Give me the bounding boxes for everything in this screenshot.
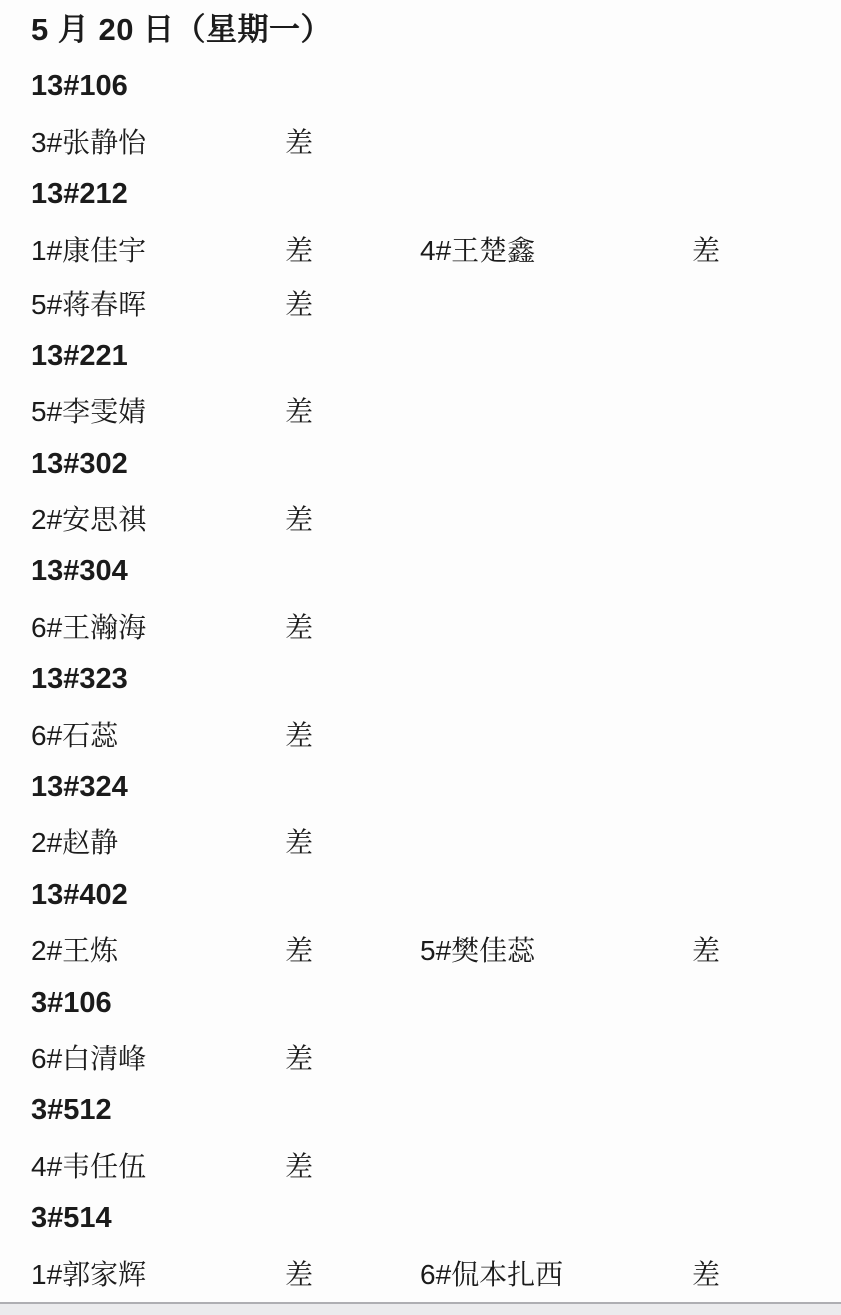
room-number-label: 13#323 — [31, 663, 128, 696]
student-name: 6#侃本扎西 — [420, 1253, 692, 1293]
rating-value: 差 — [285, 821, 420, 861]
room-number-label: 13#302 — [31, 448, 128, 481]
student-rating-row: 2#安思祺 差 — [0, 491, 841, 545]
student-rating-row: 1#郭家辉 差 6#侃本扎西 差 — [0, 1246, 841, 1300]
student-name: 6#白清峰 — [31, 1037, 285, 1077]
room-number-row: 13#302 — [0, 437, 841, 491]
room-number-row: 13#304 — [0, 545, 841, 599]
room-number-row: 13#221 — [0, 329, 841, 383]
student-rating-row: 5#蒋春晖 差 — [0, 276, 841, 330]
room-number-label: 3#106 — [31, 987, 112, 1020]
rating-value: 差 — [285, 121, 420, 161]
room-number-row: 3#514 — [0, 1192, 841, 1246]
student-rating-row: 6#王瀚海 差 — [0, 599, 841, 653]
student-name: 4#王楚鑫 — [420, 229, 692, 269]
rating-value: 差 — [285, 606, 420, 646]
room-number-label: 13#324 — [31, 771, 128, 804]
bottom-divider-bar — [0, 1302, 841, 1315]
rating-value: 差 — [285, 390, 420, 430]
student-rating-row: 1#康佳宇 差 4#王楚鑫 差 — [0, 222, 841, 276]
room-number-label: 3#514 — [31, 1202, 112, 1235]
room-number-label: 13#212 — [31, 178, 128, 211]
rating-value: 差 — [285, 929, 420, 969]
student-rating-row: 6#石蕊 差 — [0, 707, 841, 761]
student-name: 5#蒋春晖 — [31, 283, 285, 323]
rating-value: 差 — [285, 229, 420, 269]
rating-value: 差 — [285, 1145, 420, 1185]
room-number-row: 13#212 — [0, 168, 841, 222]
student-name: 4#韦任伍 — [31, 1145, 285, 1185]
room-number-label: 13#221 — [31, 340, 128, 373]
room-number-row: 3#512 — [0, 1084, 841, 1138]
room-number-label: 3#512 — [31, 1094, 112, 1127]
room-number-row: 13#324 — [0, 761, 841, 815]
student-rating-row: 3#张静怡 差 — [0, 114, 841, 168]
student-name: 1#郭家辉 — [31, 1253, 285, 1293]
student-name: 6#石蕊 — [31, 714, 285, 754]
student-name: 2#王炼 — [31, 929, 285, 969]
rating-value: 差 — [285, 714, 420, 754]
student-name: 2#赵静 — [31, 821, 285, 861]
student-rating-row: 5#李雯婧 差 — [0, 383, 841, 437]
student-name: 2#安思祺 — [31, 498, 285, 538]
student-name: 1#康佳宇 — [31, 229, 285, 269]
room-number-row: 13#323 — [0, 653, 841, 707]
student-rating-row: 2#王炼 差 5#樊佳蕊 差 — [0, 922, 841, 976]
rating-value: 差 — [692, 1253, 841, 1293]
student-rating-row: 2#赵静 差 — [0, 814, 841, 868]
room-number-label: 13#106 — [31, 70, 128, 103]
room-number-row: 3#106 — [0, 976, 841, 1030]
room-number-row: 13#402 — [0, 868, 841, 922]
rating-value: 差 — [692, 229, 841, 269]
student-name: 5#樊佳蕊 — [420, 929, 692, 969]
student-name: 5#李雯婧 — [31, 390, 285, 430]
rating-value: 差 — [285, 1037, 420, 1077]
student-name: 3#张静怡 — [31, 121, 285, 161]
room-number-label: 13#304 — [31, 555, 128, 588]
room-number-row: 13#106 — [0, 60, 841, 114]
rating-value: 差 — [692, 929, 841, 969]
inspection-report-page: 5 月 20 日（星期一） 13#106 3#张静怡 差 13#212 1#康佳… — [0, 0, 841, 1315]
student-name: 6#王瀚海 — [31, 606, 285, 646]
room-number-label: 13#402 — [31, 879, 128, 912]
student-rating-row: 6#白清峰 差 — [0, 1030, 841, 1084]
student-rating-row: 4#韦任伍 差 — [0, 1138, 841, 1192]
rating-value: 差 — [285, 283, 420, 323]
page-title: 5 月 20 日（星期一） — [0, 0, 841, 60]
rating-value: 差 — [285, 1253, 420, 1293]
rating-value: 差 — [285, 498, 420, 538]
